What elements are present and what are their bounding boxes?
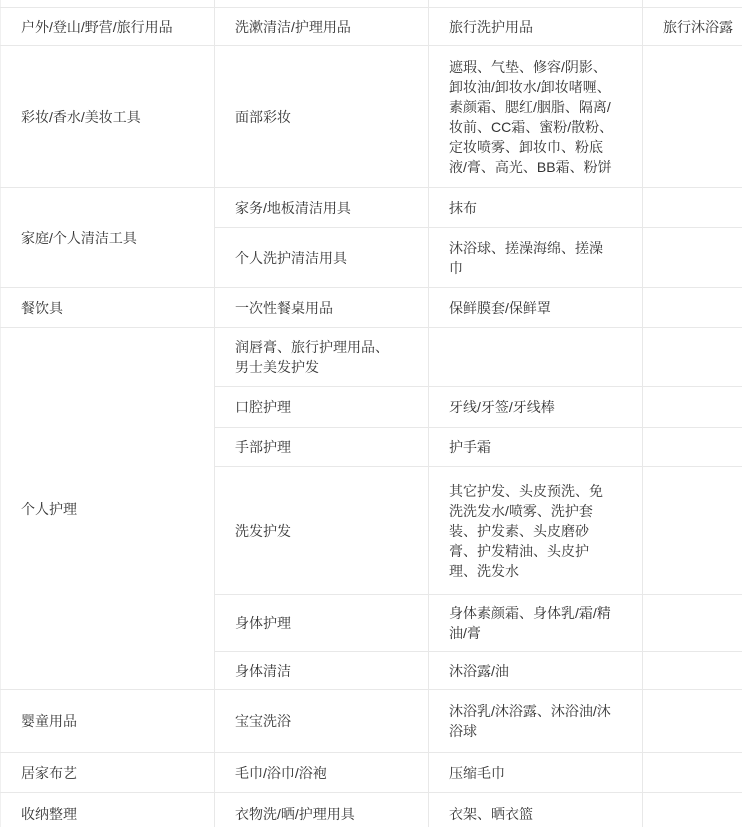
category-level3-cell: 压缩毛巾 <box>429 753 643 793</box>
table-row: 个人护理 润唇膏、旅行护理用品、 男士美发护发 <box>1 328 742 387</box>
category-level2-cell: 衣物洗/晒/护理用具 <box>215 793 429 827</box>
category-level3-cell: 遮瑕、气垫、修容/阴影、 卸妆油/卸妆水/卸妆啫喱、 素颜霜、腮红/胭脂、隔离/… <box>429 46 643 188</box>
category-level3-cell <box>429 328 643 387</box>
category-level1-cell: 家庭/个人清洁工具 <box>1 188 215 288</box>
category-level2-cell: 毛巾/浴巾/浴袍 <box>215 753 429 793</box>
category-level3-cell <box>429 0 643 8</box>
category-level1-cell: 餐饮具 <box>1 288 215 328</box>
table-row: 婴童用品 宝宝洗浴 沐浴乳/沐浴露、沐浴油/沐 浴球 <box>1 690 742 753</box>
category-level2-cell: 洗发护发 <box>215 467 429 595</box>
table-viewport: 户外/登山/野营/旅行用品 洗漱清洁/护理用品 旅行洗护用品 旅行沐浴露 彩妆/… <box>0 0 742 827</box>
category-level4-cell <box>643 428 742 467</box>
table-row: 餐饮具 一次性餐桌用品 保鲜膜套/保鲜罩 <box>1 288 742 328</box>
category-level4-cell <box>643 690 742 753</box>
category-level4-cell <box>643 46 742 188</box>
category-level3-cell: 其它护发、头皮预洗、免 洗洗发水/喷雾、洗护套 装、护发素、头皮磨砂 膏、护发精… <box>429 467 643 595</box>
category-level3-cell: 牙线/牙签/牙线棒 <box>429 387 643 428</box>
category-table: 户外/登山/野营/旅行用品 洗漱清洁/护理用品 旅行洗护用品 旅行沐浴露 彩妆/… <box>0 0 742 827</box>
category-level1-cell: 彩妆/香水/美妆工具 <box>1 46 215 188</box>
category-level4-cell: 旅行沐浴露 <box>643 8 742 46</box>
category-level3-cell: 护手霜 <box>429 428 643 467</box>
category-level3-cell: 保鲜膜套/保鲜罩 <box>429 288 643 328</box>
category-level1-cell: 个人护理 <box>1 328 215 690</box>
category-level2-cell: 面部彩妆 <box>215 46 429 188</box>
table-row <box>1 0 742 8</box>
category-level4-cell <box>643 652 742 690</box>
category-level4-cell <box>643 328 742 387</box>
category-level3-cell: 沐浴露/油 <box>429 652 643 690</box>
category-level1-cell: 收纳整理 <box>1 793 215 827</box>
category-level4-cell <box>643 387 742 428</box>
table-row: 收纳整理 衣物洗/晒/护理用具 衣架、晒衣篮 <box>1 793 742 827</box>
category-level1-cell: 居家布艺 <box>1 753 215 793</box>
category-level2-cell <box>215 0 429 8</box>
category-level4-cell <box>643 0 742 8</box>
category-level2-cell: 润唇膏、旅行护理用品、 男士美发护发 <box>215 328 429 387</box>
category-level2-cell: 口腔护理 <box>215 387 429 428</box>
category-level2-cell: 个人洗护清洁用具 <box>215 228 429 288</box>
table-row: 彩妆/香水/美妆工具 面部彩妆 遮瑕、气垫、修容/阴影、 卸妆油/卸妆水/卸妆啫… <box>1 46 742 188</box>
category-level4-cell <box>643 228 742 288</box>
category-level2-cell: 身体护理 <box>215 595 429 652</box>
table-row: 居家布艺 毛巾/浴巾/浴袍 压缩毛巾 <box>1 753 742 793</box>
category-level2-cell: 洗漱清洁/护理用品 <box>215 8 429 46</box>
category-level2-cell: 手部护理 <box>215 428 429 467</box>
category-level1-cell: 婴童用品 <box>1 690 215 753</box>
table-row: 户外/登山/野营/旅行用品 洗漱清洁/护理用品 旅行洗护用品 旅行沐浴露 <box>1 8 742 46</box>
category-level2-cell: 宝宝洗浴 <box>215 690 429 753</box>
category-level2-cell: 身体清洁 <box>215 652 429 690</box>
category-level1-cell: 户外/登山/野营/旅行用品 <box>1 8 215 46</box>
category-level2-cell: 一次性餐桌用品 <box>215 288 429 328</box>
category-level4-cell <box>643 595 742 652</box>
category-level3-cell: 抹布 <box>429 188 643 228</box>
category-level1-cell <box>1 0 215 8</box>
category-level4-cell <box>643 467 742 595</box>
category-level3-cell: 沐浴乳/沐浴露、沐浴油/沐 浴球 <box>429 690 643 753</box>
table-row: 家庭/个人清洁工具 家务/地板清洁用具 抹布 <box>1 188 742 228</box>
category-level3-cell: 沐浴球、搓澡海绵、搓澡 巾 <box>429 228 643 288</box>
category-level3-cell: 身体素颜霜、身体乳/霜/精 油/膏 <box>429 595 643 652</box>
category-level4-cell <box>643 288 742 328</box>
category-level4-cell <box>643 188 742 228</box>
category-level3-cell: 旅行洗护用品 <box>429 8 643 46</box>
category-level2-cell: 家务/地板清洁用具 <box>215 188 429 228</box>
category-level3-cell: 衣架、晒衣篮 <box>429 793 643 827</box>
category-level4-cell <box>643 793 742 827</box>
category-level4-cell <box>643 753 742 793</box>
